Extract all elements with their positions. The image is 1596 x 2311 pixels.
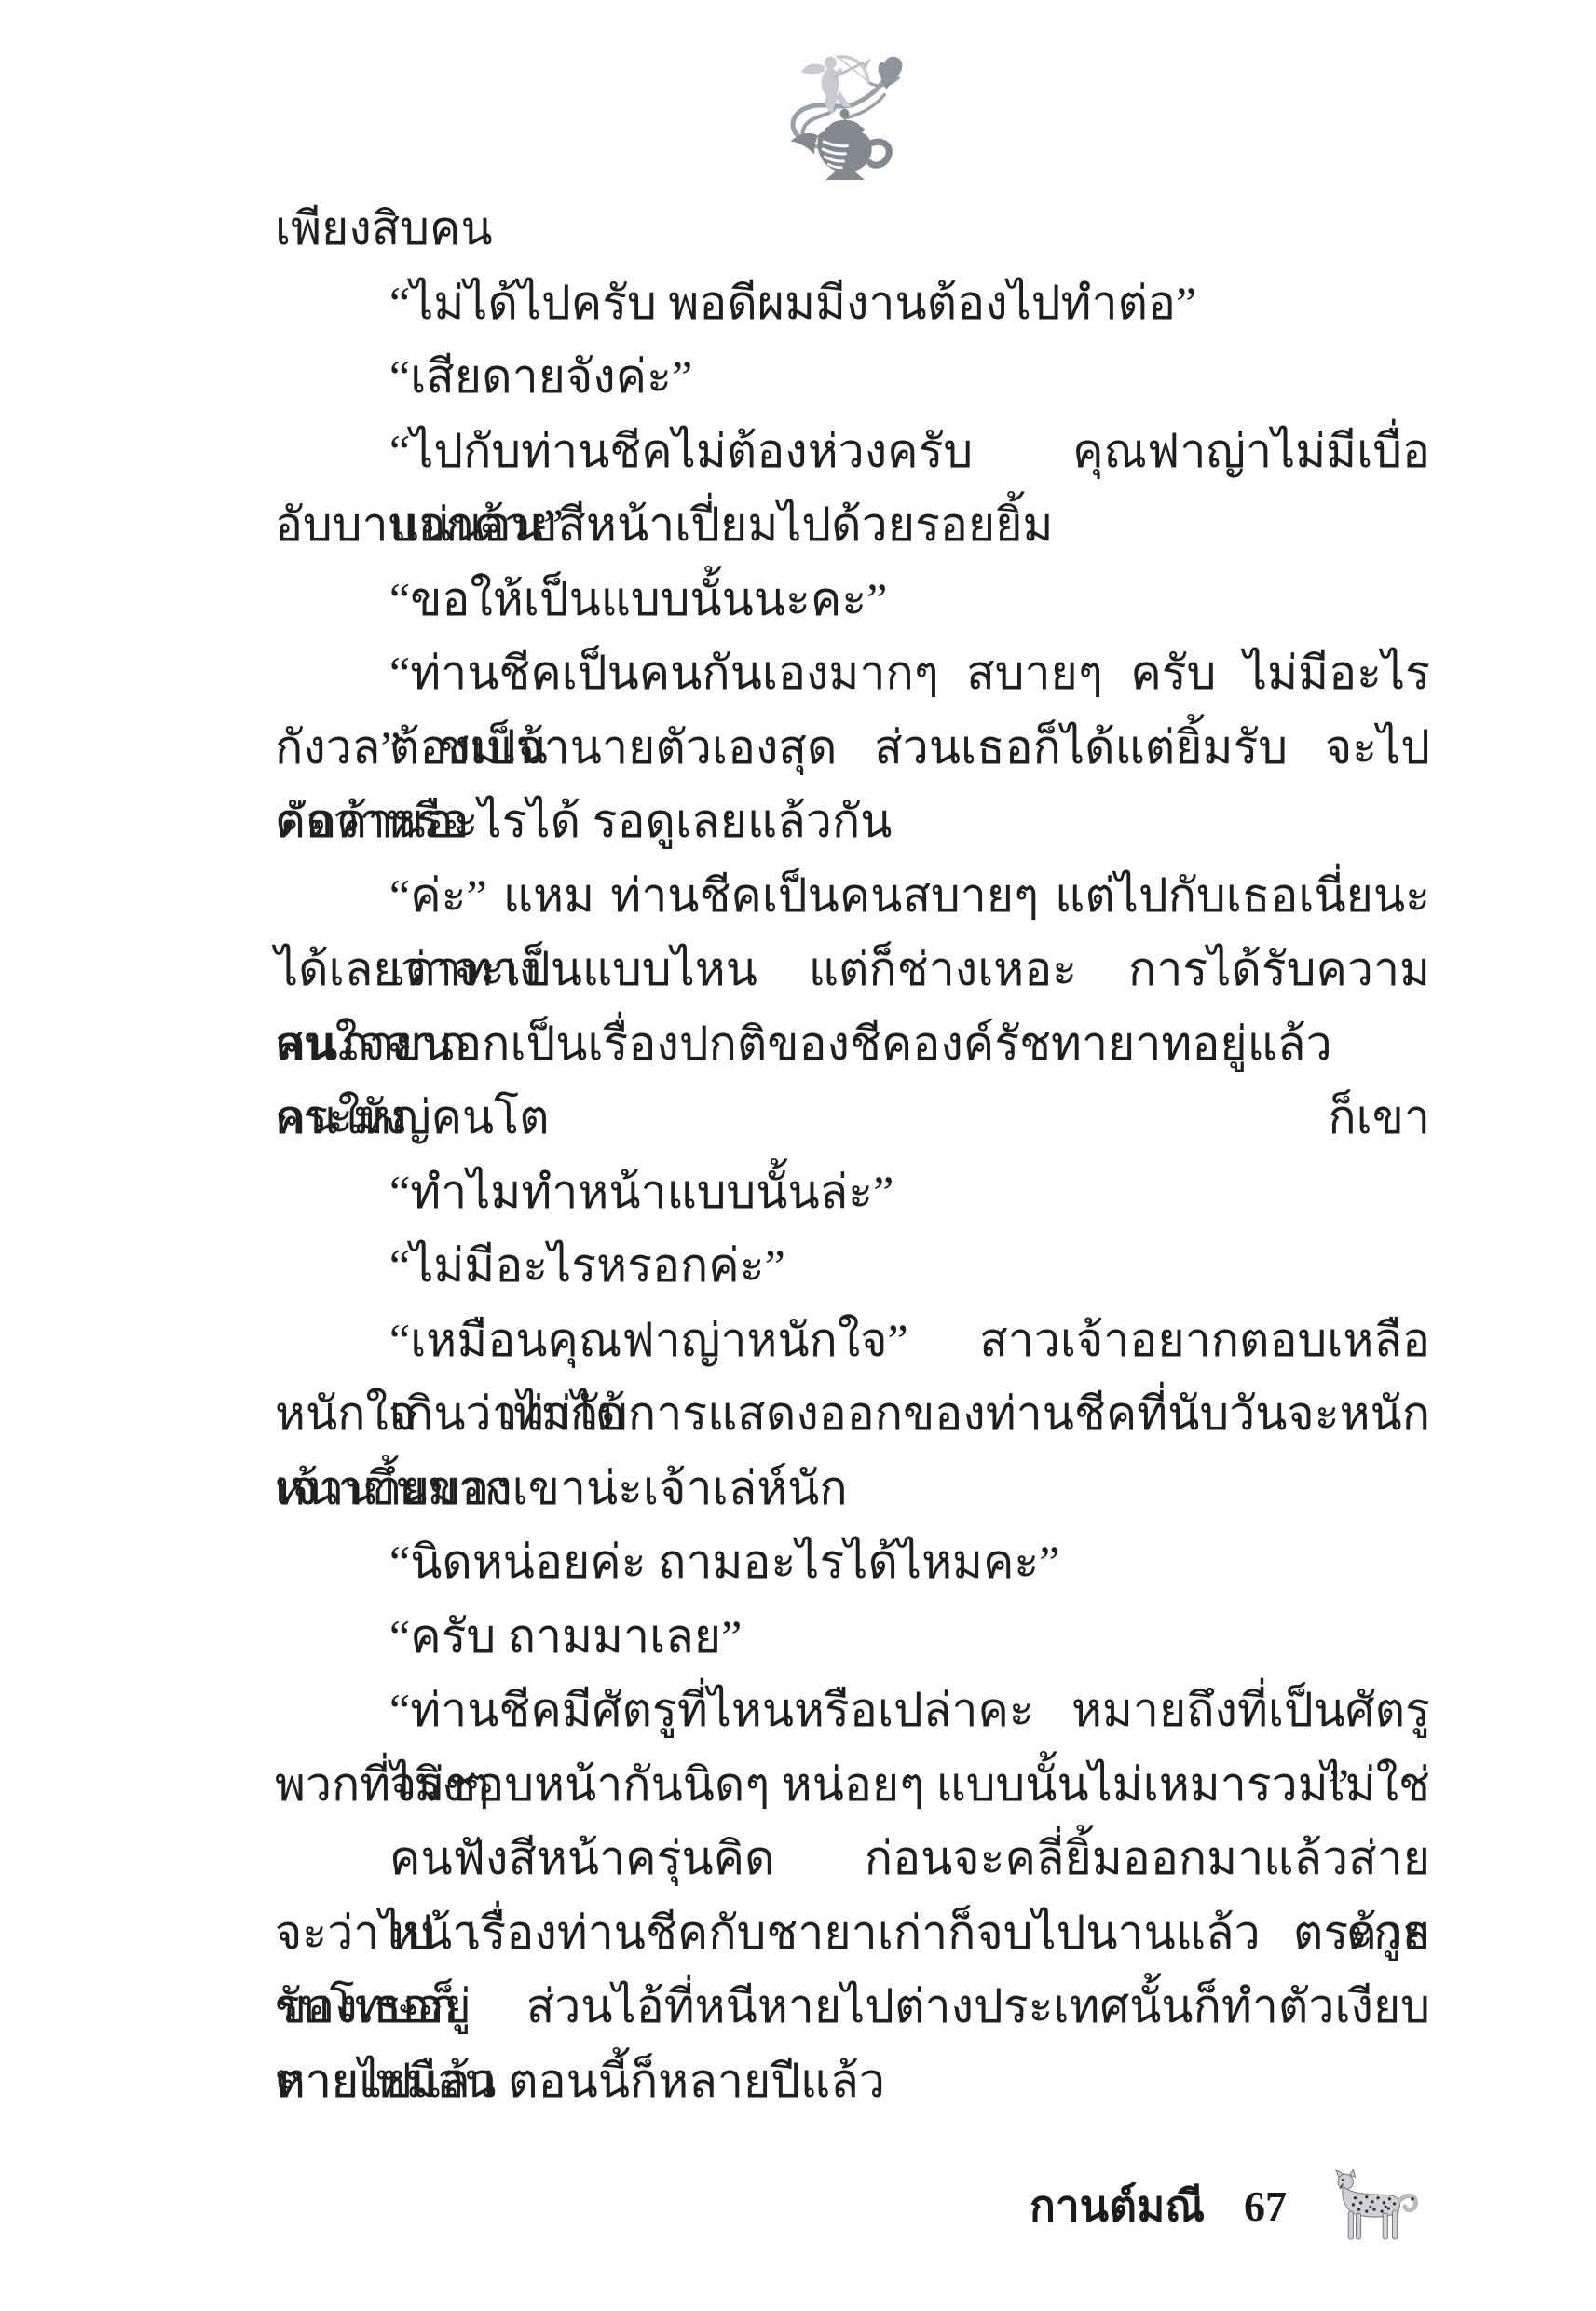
text-line: เจ้านายของเขาน่ะเจ้าเล่ห์นัก bbox=[275, 1452, 1430, 1526]
page-footer: กานต์มณี 67 bbox=[1030, 2169, 1419, 2244]
text-line: “ครับ ถามมาเลย” bbox=[275, 1600, 1430, 1675]
text-line: อับบาบอกด้วยสีหน้าเปี่ยมไปด้วยรอยยิ้ม bbox=[275, 488, 1430, 563]
text-line: “เหมือนคุณฟาญ่าหนักใจ” สาวเจ้าอยากตอบเหล… bbox=[275, 1304, 1430, 1378]
footer-book-title: กานต์มณี bbox=[1030, 2171, 1205, 2242]
book-page: เพียงสิบคน“ไม่ได้ไปครับ พอดีผมมีงานต้องไ… bbox=[0, 0, 1596, 2311]
text-line: หนักใจ เท่ากับการแสดงออกของท่านชีคที่นับ… bbox=[275, 1377, 1430, 1452]
text-line: “นิดหน่อยค่ะ ถามอะไรได้ไหมคะ” bbox=[275, 1525, 1430, 1600]
text-line: เพียงสิบคน bbox=[275, 192, 1430, 267]
text-line: คนภายนอกเป็นเรื่องปกติของชีคองค์รัชทายาท… bbox=[275, 1007, 1430, 1082]
text-line: กังวล” ชมเจ้านายตัวเองสุด ส่วนเธอก็ได้แต… bbox=[275, 711, 1430, 786]
lamp-body bbox=[791, 109, 890, 180]
cheetah-icon bbox=[1330, 2169, 1419, 2244]
text-line: “ขอให้เป็นแบบนั้นนะคะ” bbox=[275, 563, 1430, 637]
text-line: ตายไปแล้ว ตอนนี้ก็หลายปีแล้ว bbox=[275, 2044, 1430, 2119]
text-line: “ท่านชีคมีศัตรูที่ไหนหรือเปล่าคะ หมายถึง… bbox=[275, 1674, 1430, 1748]
text-line: “ค่ะ” แหม ท่านชีคเป็นคนสบายๆ แต่ไปกับเธอ… bbox=[275, 859, 1430, 934]
text-line: คนฟังสีหน้าครุ่นคิด ก่อนจะคลี่ยิ้มออกมาแ… bbox=[275, 1822, 1430, 1896]
text-line: “ท่านชีคเป็นคนกันเองมากๆ สบายๆ ครับ ไม่ม… bbox=[275, 636, 1430, 711]
footer-page-number: 67 bbox=[1244, 2171, 1287, 2242]
text-line: คัดค้านอะไรได้ รอดูเลยแล้วกัน bbox=[275, 785, 1430, 859]
page-text: เพียงสิบคน“ไม่ได้ไปครับ พอดีผมมีงานต้องไ… bbox=[275, 192, 1430, 2118]
text-line: ได้เลยว่าจะเป็นแบบไหน แต่ก็ช่างเหอะ การไ… bbox=[275, 933, 1430, 1007]
text-line: จะว่าไป เรื่องท่านชีคกับชายาเก่าก็จบไปนา… bbox=[275, 1896, 1430, 1971]
text-line: “เสียดายจังค่ะ” bbox=[275, 340, 1430, 415]
text-line: “ไม่ได้ไปครับ พอดีผมมีงานต้องไปทำต่อ” bbox=[275, 267, 1430, 341]
text-line: “ไม่มีอะไรหรอกค่ะ” bbox=[275, 1229, 1430, 1304]
text-line: “ทำไมทำหน้าแบบนั้นล่ะ” bbox=[275, 1155, 1430, 1230]
text-line: “ไปกับท่านชีคไม่ต้องห่วงครับ คุณฟาญ่าไม่… bbox=[275, 415, 1430, 489]
text-line: รับโทษอยู่ ส่วนไอ้ที่หนีหายไปต่างประเทศน… bbox=[275, 1970, 1430, 2044]
cupid-lamp-ornament-icon bbox=[785, 48, 905, 181]
text-line: พวกที่ไม่ชอบหน้ากันนิดๆ หน่อยๆ แบบนั้นไม… bbox=[275, 1748, 1430, 1823]
